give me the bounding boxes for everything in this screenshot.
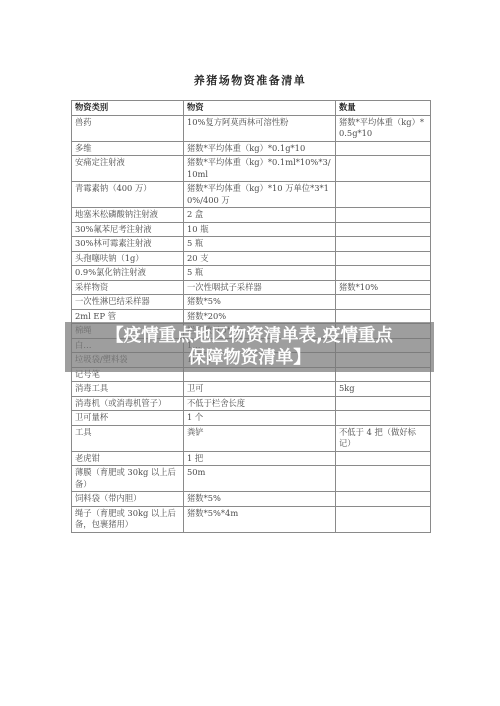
cell-category: 消毒机（或消毒机管子）: [72, 396, 184, 411]
cell-item: 猪数*平均体重（kg）*0.1ml*10%*3/10ml: [184, 156, 336, 182]
cell-item: 2 盒: [184, 208, 336, 223]
cell-item: 20 支: [184, 251, 336, 266]
cell-item: 10 瓶: [184, 222, 336, 237]
table-row: 30%林可霉素注射液5 瓶: [72, 237, 431, 252]
table-row: 地塞米松磷酸钠注射液2 盒: [72, 208, 431, 223]
cell-quantity: [336, 141, 431, 156]
cell-quantity: 不低于 4 把（做好标记）: [336, 425, 431, 451]
table-row: 兽药10%复方阿莫西林可溶性粉猪数*平均体重（kg）*0.5g*10: [72, 115, 431, 141]
table-row: 0.9%氯化钠注射液5 瓶: [72, 266, 431, 281]
overlay-title-line-2: 保障物资清单】: [70, 347, 430, 369]
cell-item: 50m: [184, 466, 336, 492]
cell-category: 消毒工具: [72, 382, 184, 397]
table-row: 青霉素钠（400 万）猪数*平均体重（kg）*10 万单位*3*10%/400 …: [72, 182, 431, 208]
table-row: 多维猪数*平均体重（kg）*0.1g*10: [72, 141, 431, 156]
cell-quantity: [336, 266, 431, 281]
cell-quantity: [336, 466, 431, 492]
cell-category: 老虎钳: [72, 451, 184, 466]
cell-category: 采样物资: [72, 280, 184, 295]
cell-category: 地塞米松磷酸钠注射液: [72, 208, 184, 223]
cell-quantity: [336, 237, 431, 252]
header-quantity: 数量: [336, 101, 431, 116]
table-row: 卫可量杯1 个: [72, 411, 431, 426]
cell-item: 一次性咽拭子采样器: [184, 280, 336, 295]
cell-quantity: [336, 251, 431, 266]
cell-category: 绳子（育肥或 30kg 以上后备，包裹猪用）: [72, 506, 184, 532]
header-item: 物资: [184, 101, 336, 116]
table-row: 消毒工具卫可5kg: [72, 382, 431, 397]
table-row: 30%氟苯尼考注射液10 瓶: [72, 222, 431, 237]
cell-item: 猪数*平均体重（kg）*0.1g*10: [184, 141, 336, 156]
cell-quantity: [336, 411, 431, 426]
cell-category: 多维: [72, 141, 184, 156]
cell-item: 粪铲: [184, 425, 336, 451]
cell-category: 30%氟苯尼考注射液: [72, 222, 184, 237]
table-row: 头孢噻呋钠（1g）20 支: [72, 251, 431, 266]
cell-quantity: [336, 295, 431, 310]
cell-quantity: [336, 222, 431, 237]
table-row: 薄膜（育肥或 30kg 以上后备）50m: [72, 466, 431, 492]
table-row: 饲料袋（带内胆）猪数*5%: [72, 492, 431, 507]
cell-quantity: [336, 492, 431, 507]
cell-item: 猪数*5%: [184, 492, 336, 507]
table-row: 采样物资一次性咽拭子采样器猪数*10%: [72, 280, 431, 295]
cell-quantity: 猪数*10%: [336, 280, 431, 295]
cell-category: 一次性淋巴结采样器: [72, 295, 184, 310]
cell-quantity: [336, 182, 431, 208]
cell-item: 不低于栏舍长度: [184, 396, 336, 411]
cell-category: 饲料袋（带内胆）: [72, 492, 184, 507]
title-overlay-banner: 【疫情重点地区物资清单表,疫情重点 保障物资清单】: [65, 322, 434, 372]
cell-item: 卫可: [184, 382, 336, 397]
cell-item: 10%复方阿莫西林可溶性粉: [184, 115, 336, 141]
cell-category: 工具: [72, 425, 184, 451]
cell-category: 安痛定注射液: [72, 156, 184, 182]
cell-item: 猪数*5%*4m: [184, 506, 336, 532]
cell-category: 头孢噻呋钠（1g）: [72, 251, 184, 266]
cell-item: 猪数*平均体重（kg）*10 万单位*3*10%/400 万: [184, 182, 336, 208]
table-row: 工具粪铲不低于 4 把（做好标记）: [72, 425, 431, 451]
cell-category: 卫可量杯: [72, 411, 184, 426]
header-category: 物资类别: [72, 101, 184, 116]
table-row: 安痛定注射液猪数*平均体重（kg）*0.1ml*10%*3/10ml: [72, 156, 431, 182]
cell-quantity: [336, 396, 431, 411]
cell-category: 0.9%氯化钠注射液: [72, 266, 184, 281]
table-row: 消毒机（或消毒机管子）不低于栏舍长度: [72, 396, 431, 411]
cell-quantity: [336, 156, 431, 182]
cell-category: 薄膜（育肥或 30kg 以上后备）: [72, 466, 184, 492]
cell-item: 1 个: [184, 411, 336, 426]
supply-table: 物资类别 物资 数量 兽药10%复方阿莫西林可溶性粉猪数*平均体重（kg）*0.…: [71, 100, 431, 533]
table-header-row: 物资类别 物资 数量: [72, 101, 431, 116]
cell-category: 30%林可霉素注射液: [72, 237, 184, 252]
cell-item: 猪数*5%: [184, 295, 336, 310]
document-title: 养猪场物资准备清单: [0, 72, 500, 88]
cell-quantity: 5kg: [336, 382, 431, 397]
cell-item: 5 瓶: [184, 266, 336, 281]
table-row: 绳子（育肥或 30kg 以上后备，包裹猪用）猪数*5%*4m: [72, 506, 431, 532]
cell-quantity: [336, 208, 431, 223]
cell-quantity: [336, 451, 431, 466]
overlay-title-line-1: 【疫情重点地区物资清单表,疫情重点: [70, 325, 430, 347]
table-row: 一次性淋巴结采样器猪数*5%: [72, 295, 431, 310]
cell-quantity: 猪数*平均体重（kg）*0.5g*10: [336, 115, 431, 141]
cell-item: 5 瓶: [184, 237, 336, 252]
cell-item: 1 把: [184, 451, 336, 466]
table-row: 老虎钳1 把: [72, 451, 431, 466]
cell-category: 青霉素钠（400 万）: [72, 182, 184, 208]
cell-category: 兽药: [72, 115, 184, 141]
cell-quantity: [336, 506, 431, 532]
